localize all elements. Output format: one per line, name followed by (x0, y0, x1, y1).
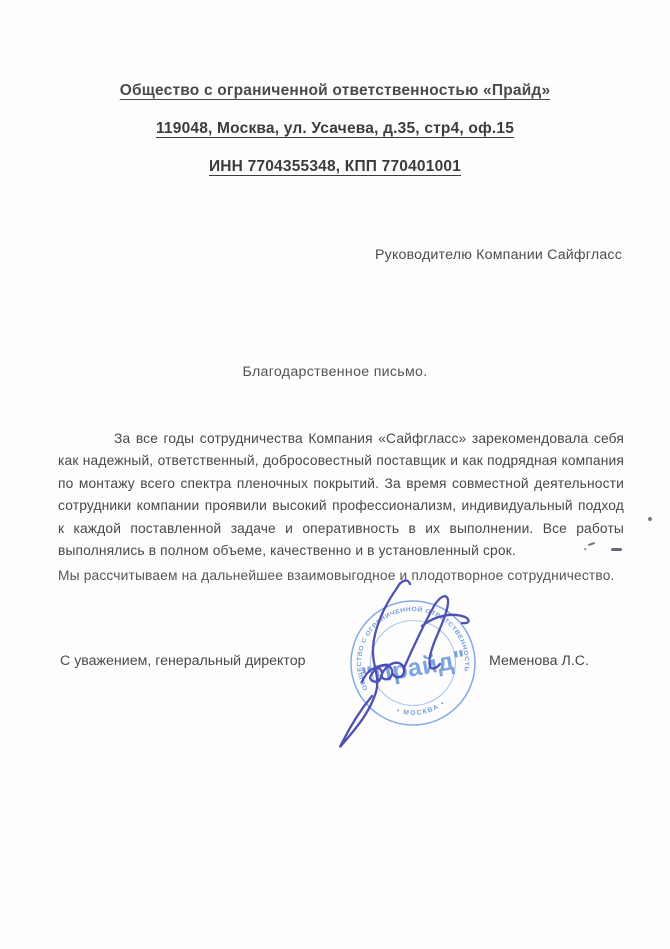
company-name: Общество с ограниченной ответственностью… (0, 72, 670, 110)
company-address: 119048, Москва, ул. Усачева, д.35, стр4,… (0, 110, 670, 148)
stamp-city-text: • МОСКВА • (395, 699, 448, 721)
stamp-bottom-text-holder: • МОСКВА • (395, 699, 448, 721)
scanned-letter-page: Общество с ограниченной ответственностью… (0, 0, 670, 949)
signature-stroke-hook (397, 581, 410, 588)
addressee-line: Руководителю Компании Сайфгласс (375, 247, 622, 263)
closing-role: С уважением, генеральный директор (60, 653, 306, 669)
company-stamp: ОБЩЕСТВО С ОГРАНИЧЕННОЙ ОТВЕТСТВЕННОСТЬЮ… (318, 566, 508, 766)
stamp-svg: ОБЩЕСТВО С ОГРАНИЧЕННОЙ ОТВЕТСТВЕННОСТЬЮ… (318, 566, 508, 766)
letterhead: Общество с ограниченной ответственностью… (0, 72, 670, 186)
ink-speck (647, 516, 653, 522)
company-inn-kpp: ИНН 7704355348, КПП 770401001 (0, 148, 670, 186)
letter-title: Благодарственное письмо. (0, 364, 670, 380)
body-paragraph-1: За все годы сотрудничества Компания «Сай… (58, 428, 624, 562)
ink-speck (611, 548, 622, 551)
